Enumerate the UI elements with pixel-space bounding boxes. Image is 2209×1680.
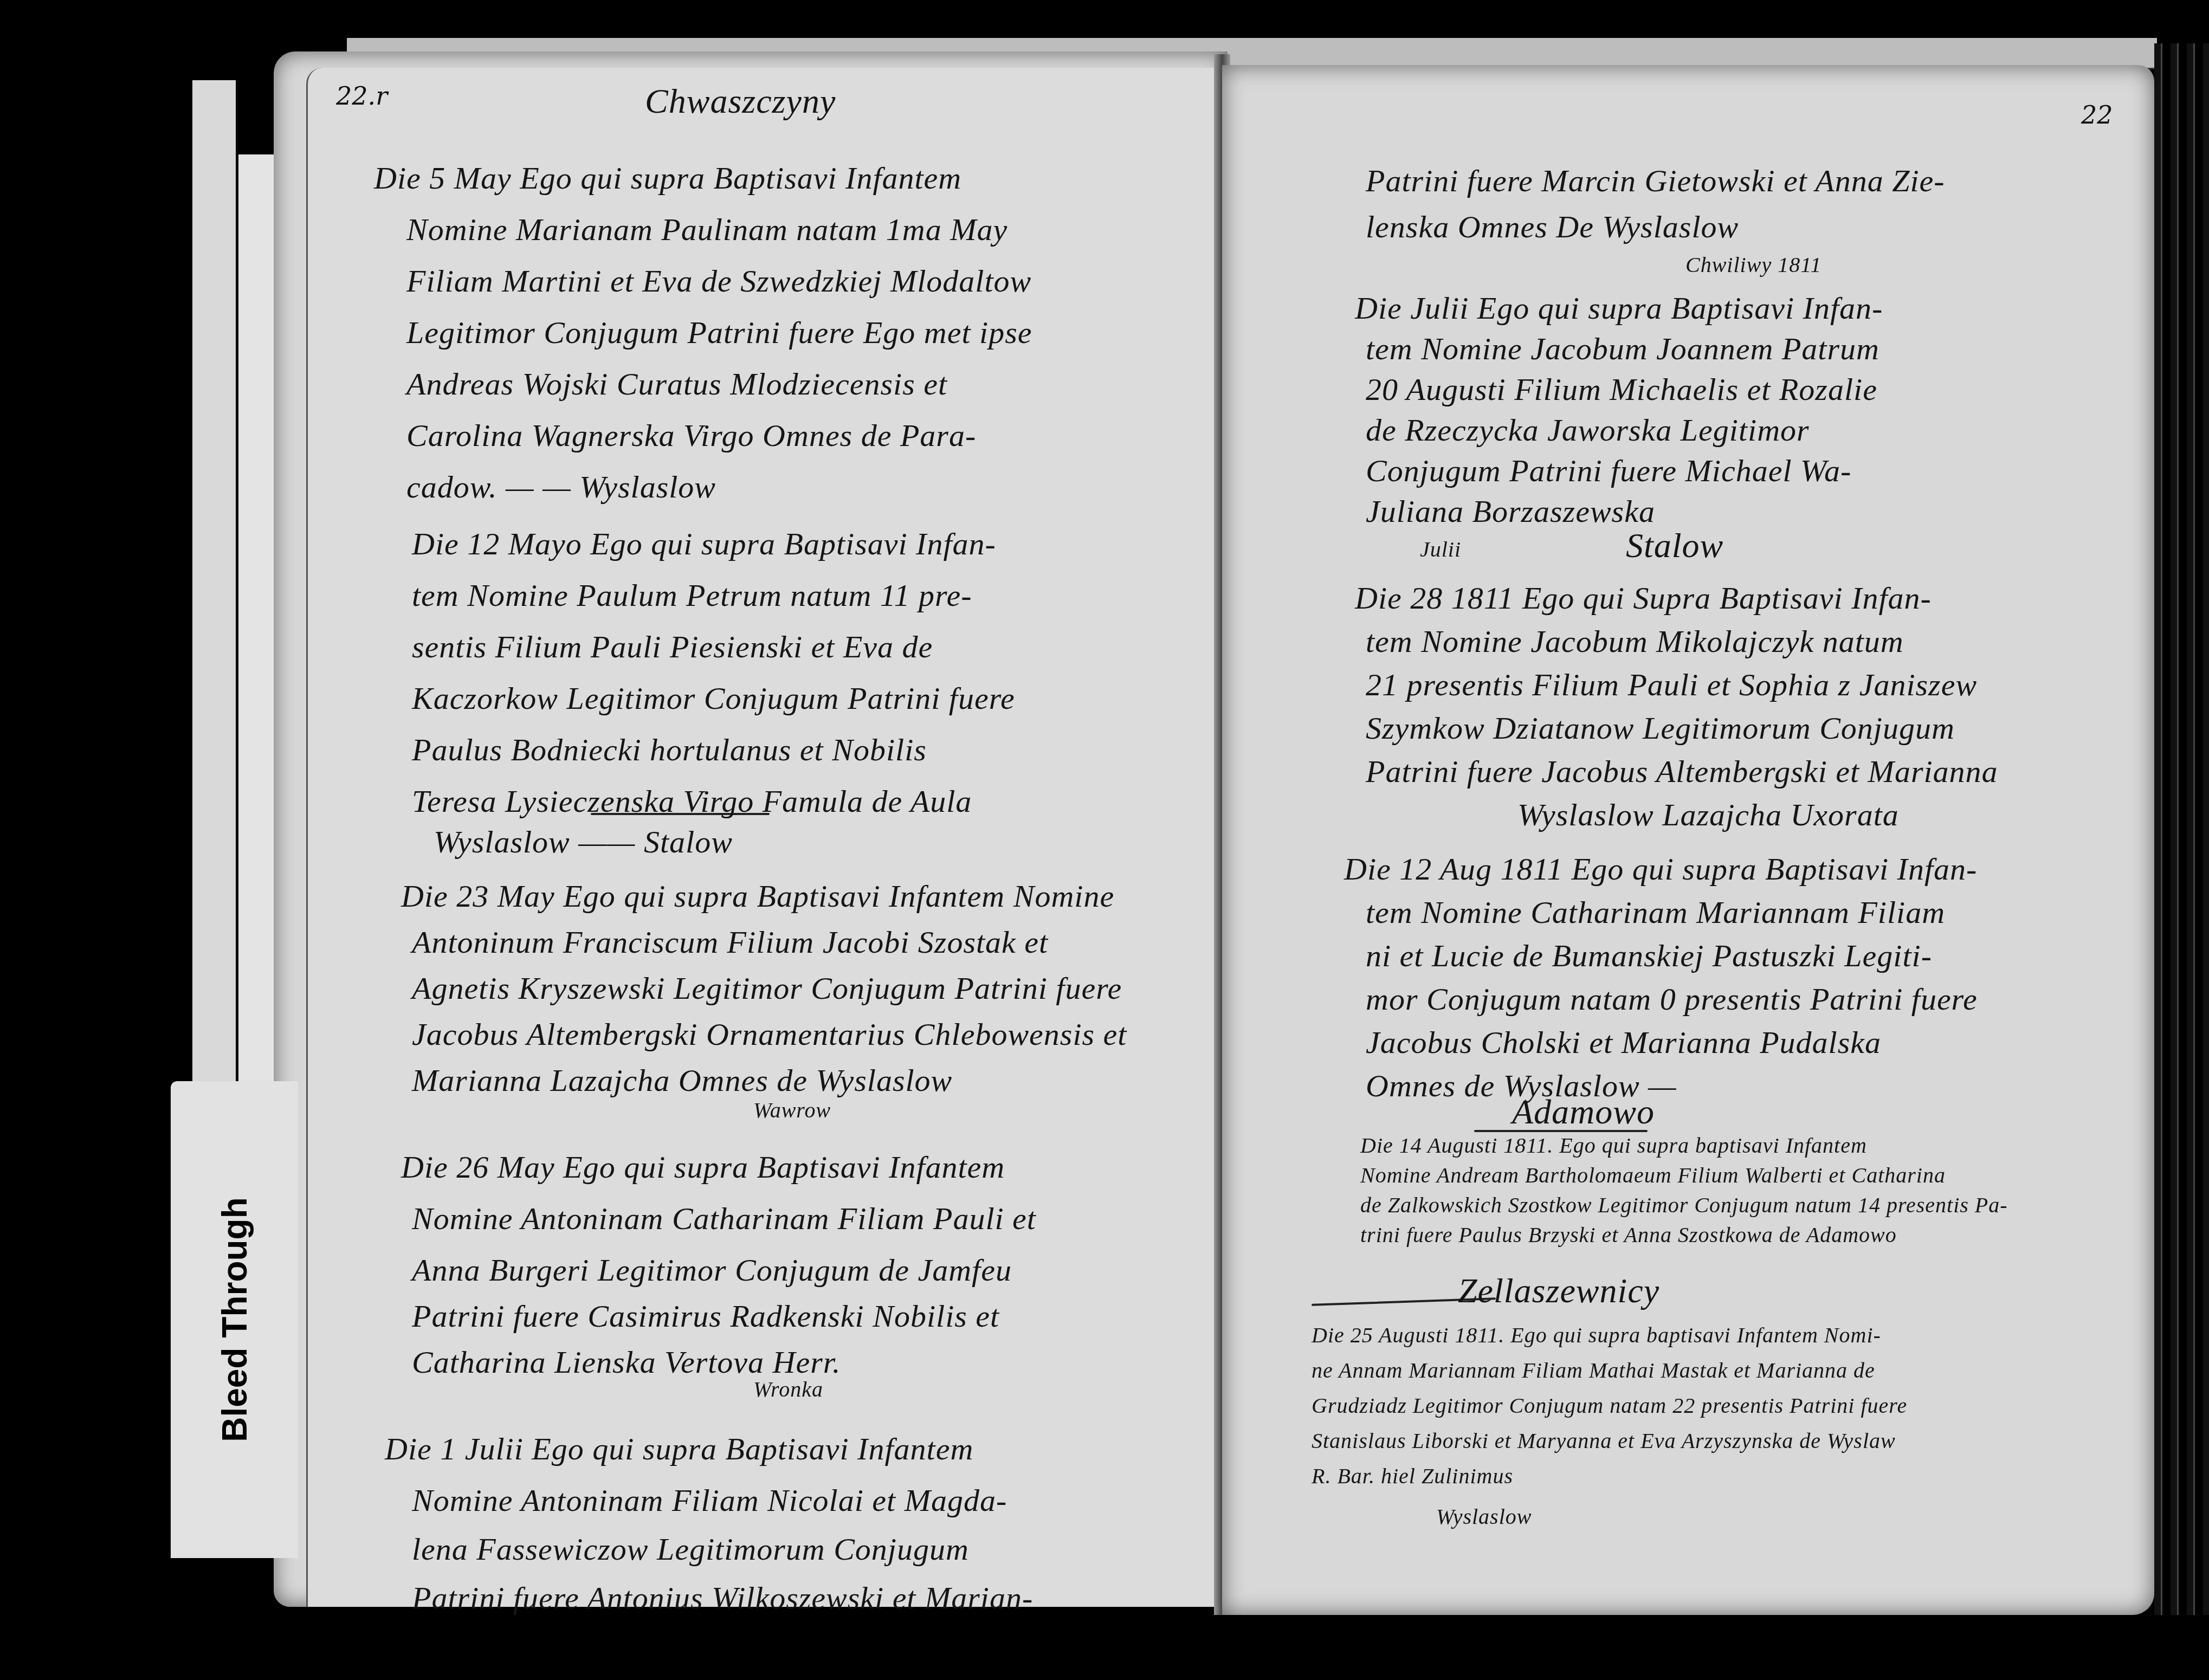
handwritten-line: Die 5 May Ego qui supra Baptisavi Infant… bbox=[374, 160, 961, 196]
bleed-through-label: Bleed Through bbox=[171, 1081, 298, 1558]
handwritten-line: Die 28 1811 Ego qui Supra Baptisavi Infa… bbox=[1355, 580, 1932, 616]
handwritten-line: Agnetis Kryszewski Legitimor Conjugum Pa… bbox=[412, 970, 1122, 1006]
village-heading: Adamowo bbox=[1512, 1092, 1655, 1132]
village-heading: Zellaszewnicy bbox=[1458, 1271, 1659, 1311]
handwritten-line: Die 26 May Ego qui supra Baptisavi Infan… bbox=[401, 1149, 1005, 1185]
village-heading: Stalow bbox=[1626, 526, 1723, 566]
handwritten-line: Patrini fuere Antonius Wilkoszewski et M… bbox=[412, 1580, 1033, 1616]
handwritten-line: Legitimor Conjugum Patrini fuere Ego met… bbox=[406, 314, 1032, 351]
handwritten-line: trini fuere Paulus Brzyski et Anna Szost… bbox=[1360, 1222, 1897, 1248]
handwritten-line: Jacobus Altembergski Ornamentarius Chleb… bbox=[412, 1016, 1127, 1052]
handwritten-line: tem Nomine Catharinam Mariannam Filiam bbox=[1366, 894, 1945, 931]
handwritten-line: tem Nomine Jacobum Joannem Patrum bbox=[1366, 331, 1879, 367]
handwritten-line: Jacobus Cholski et Marianna Pudalska bbox=[1366, 1024, 1881, 1061]
handwritten-line: Patrini fuere Marcin Gietowski et Anna Z… bbox=[1366, 163, 1945, 199]
handwritten-line: Marianna Lazajcha Omnes de Wyslaslow bbox=[412, 1062, 952, 1099]
bleed-through-text: Bleed Through bbox=[215, 1197, 255, 1442]
left-tab-strip bbox=[192, 80, 236, 1088]
left-page-number: 22.r bbox=[336, 81, 387, 111]
handwritten-line: Conjugum Patrini fuere Michael Wa- bbox=[1366, 453, 1851, 489]
book-spine-edge bbox=[2154, 43, 2209, 1615]
handwritten-line: Juliana Borzaszewska bbox=[1366, 493, 1655, 529]
handwritten-line: Wyslaslow Lazajcha Uxorata bbox=[1517, 797, 1899, 833]
handwritten-line: Nomine Andream Bartholomaeum Filium Walb… bbox=[1360, 1162, 1946, 1188]
handwritten-line: tem Nomine Jacobum Mikolajczyk natum bbox=[1366, 623, 1904, 660]
handwritten-line: Antoninum Franciscum Filium Jacobi Szost… bbox=[412, 924, 1048, 960]
handwritten-line: Nomine Antoninam Catharinam Filiam Pauli… bbox=[412, 1200, 1036, 1237]
handwritten-line: Grudziadz Legitimor Conjugum natam 22 pr… bbox=[1312, 1393, 1907, 1418]
handwritten-line: R. Bar. hiel Zulinimus bbox=[1312, 1463, 1513, 1489]
handwritten-line: Patrini fuere Jacobus Altembergski et Ma… bbox=[1366, 753, 1998, 790]
handwritten-line: Die 1 Julii Ego qui supra Baptisavi Infa… bbox=[385, 1431, 973, 1467]
handwritten-line: Die 23 May Ego qui supra Baptisavi Infan… bbox=[401, 878, 1114, 914]
handwritten-line: mor Conjugum natam 0 presentis Patrini f… bbox=[1366, 981, 1978, 1017]
handwritten-line: Andreas Wojski Curatus Mlodziecensis et bbox=[406, 366, 947, 402]
handwritten-line: Stanislaus Liborski et Maryanna et Eva A… bbox=[1312, 1428, 1896, 1453]
handwritten-line: sentis Filium Pauli Piesienski et Eva de bbox=[412, 629, 933, 665]
handwritten-line: tem Nomine Paulum Petrum natum 11 pre- bbox=[412, 577, 972, 613]
handwritten-line: Paulus Bodniecki hortulanus et Nobilis bbox=[412, 732, 927, 768]
handwritten-line: Nomine Antoninam Filiam Nicolai et Magda… bbox=[412, 1482, 1007, 1519]
handwritten-line: de Zalkowskich Szostkow Legitimor Conjug… bbox=[1360, 1192, 2008, 1218]
handwritten-line: Die 14 Augusti 1811. Ego qui supra bapti… bbox=[1360, 1133, 1867, 1158]
handwritten-line: Wyslaslow —— Stalow bbox=[434, 824, 733, 860]
handwritten-line: cadow. — — Wyslaslow bbox=[406, 469, 716, 505]
handwritten-line: 21 presentis Filium Pauli et Sophia z Ja… bbox=[1366, 667, 1977, 703]
handwritten-line: de Rzeczycka Jaworska Legitimor bbox=[1366, 412, 1810, 448]
handwritten-line: Catharina Lienska Vertova Herr. bbox=[412, 1344, 841, 1380]
handwritten-line: lenska Omnes De Wyslaslow bbox=[1366, 209, 1739, 245]
handwritten-line: Carolina Wagnerska Virgo Omnes de Para- bbox=[406, 417, 976, 454]
handwritten-line: Chwiliwy 1811 bbox=[1685, 252, 1822, 277]
handwritten-line: Die Julii Ego qui supra Baptisavi Infan- bbox=[1355, 290, 1883, 326]
handwritten-line: ne Annam Mariannam Filiam Mathai Mastak … bbox=[1312, 1358, 1875, 1383]
handwritten-line: lena Fassewiczow Legitimorum Conjugum bbox=[412, 1531, 969, 1567]
handwritten-line: Filiam Martini et Eva de Szwedzkiej Mlod… bbox=[406, 263, 1031, 299]
handwritten-line: Szymkow Dziatanow Legitimorum Conjugum bbox=[1366, 710, 1955, 746]
handwritten-line: Julii bbox=[1420, 537, 1461, 562]
handwritten-line: Wyslaslow bbox=[1436, 1504, 1532, 1529]
handwritten-line: Die 12 Aug 1811 Ego qui supra Baptisavi … bbox=[1344, 851, 1977, 887]
handwritten-line: 20 Augusti Filium Michaelis et Rozalie bbox=[1366, 371, 1877, 408]
handwritten-line: Die 12 Mayo Ego qui supra Baptisavi Infa… bbox=[412, 526, 996, 562]
handwritten-line: ni et Lucie de Bumanskiej Pastuszki Legi… bbox=[1366, 938, 1932, 974]
handwritten-line: Kaczorkow Legitimor Conjugum Patrini fue… bbox=[412, 680, 1015, 716]
right-page-number: 22 bbox=[2081, 100, 2113, 130]
handwritten-line: Patrini fuere Casimirus Radkenski Nobili… bbox=[412, 1298, 999, 1334]
village-heading: Chwaszczyny bbox=[645, 81, 836, 121]
handwritten-line: Nomine Marianam Paulinam natam 1ma May bbox=[406, 211, 1007, 248]
handwritten-line: Wawrow bbox=[753, 1097, 831, 1123]
handwritten-line: Wronka bbox=[753, 1377, 823, 1402]
handwritten-line: Die 25 Augusti 1811. Ego qui supra bapti… bbox=[1312, 1322, 1881, 1348]
handwritten-line: Anna Burgeri Legitimor Conjugum de Jamfe… bbox=[412, 1252, 1012, 1288]
handwritten-line: Teresa Lysieczenska Virgo Famula de Aula bbox=[412, 783, 972, 819]
